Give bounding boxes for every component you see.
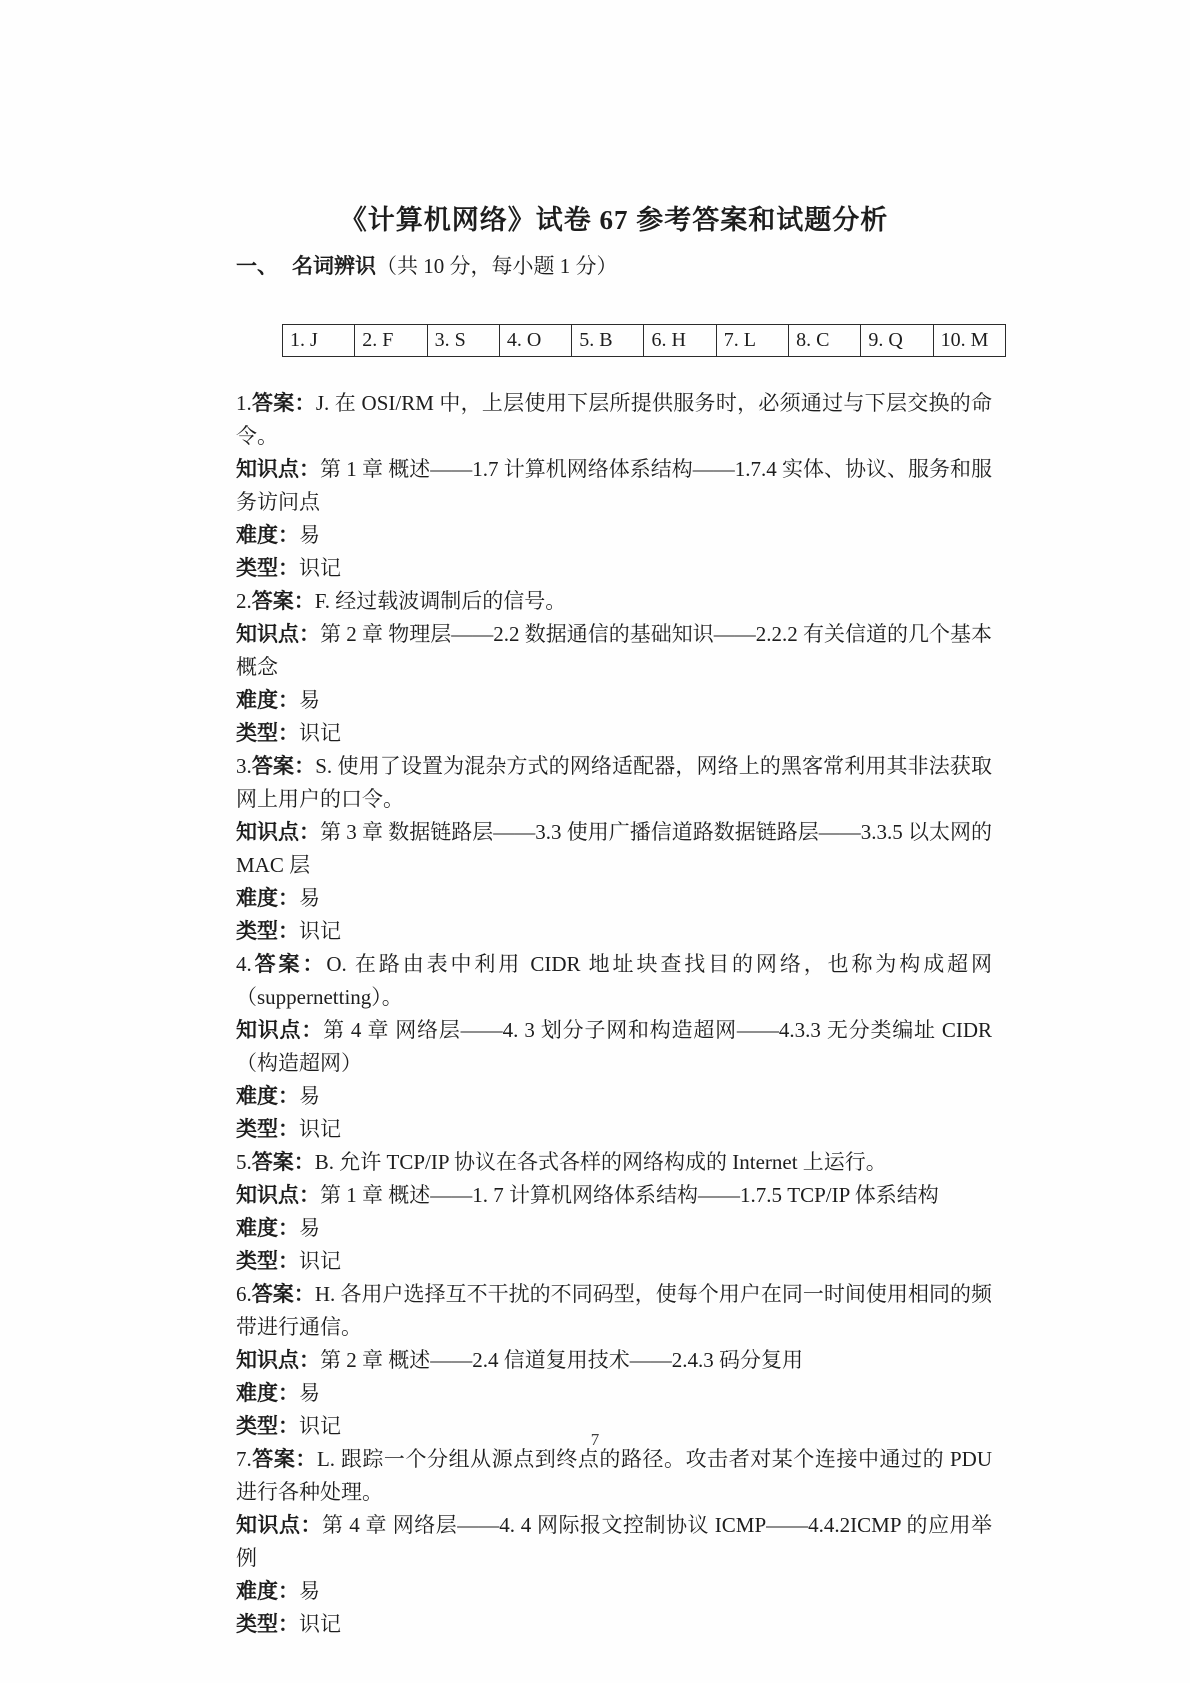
knowledge-text: 第 1 章 概述——1.7 计算机网络体系结构——1.7.4 实体、协议、服务和… <box>236 457 992 514</box>
type-label: 类型： <box>236 1612 299 1636</box>
answer-text: H. 各用户选择互不干扰的不同码型，使每个用户在同一时间使用相同的频带进行通信。 <box>236 1282 992 1339</box>
entry-number: 6. <box>236 1282 252 1306</box>
difficulty-value: 易 <box>299 688 320 712</box>
difficulty-value: 易 <box>299 886 320 910</box>
answer-label: 答案： <box>252 952 327 976</box>
entry-2: 2.答案：F. 经过载波调制后的信号。 知识点：第 2 章 物理层——2.2 数… <box>236 585 992 750</box>
knowledge-label: 知识点： <box>236 1018 323 1042</box>
entry-number: 2. <box>236 589 252 613</box>
answer-table: 1. J 2. F 3. S 4. O 5. B 6. H 7. L 8. C … <box>282 324 1006 357</box>
answer-line: 4.答案：O. 在路由表中利用 CIDR 地址块查找目的网络，也称为构成超网（s… <box>236 948 992 1014</box>
difficulty-line: 难度：易 <box>236 1575 992 1608</box>
knowledge-text: 第 1 章 概述——1. 7 计算机网络体系结构——1.7.5 TCP/IP 体… <box>320 1183 939 1207</box>
difficulty-line: 难度：易 <box>236 1377 992 1410</box>
entry-number: 4. <box>236 952 252 976</box>
difficulty-label: 难度： <box>236 1084 299 1108</box>
difficulty-value: 易 <box>299 1381 320 1405</box>
document-content: 《计算机网络》试卷 67 参考答案和试题分析 一、名词辨识（共 10 分，每小题… <box>236 198 992 1641</box>
difficulty-label: 难度： <box>236 1381 299 1405</box>
type-value: 识记 <box>299 1117 341 1141</box>
page-number: 7 <box>0 1430 1190 1450</box>
difficulty-line: 难度：易 <box>236 519 992 552</box>
knowledge-line: 知识点：第 4 章 网络层——4. 3 划分子网和构造超网——4.3.3 无分类… <box>236 1014 992 1080</box>
difficulty-value: 易 <box>299 523 320 547</box>
answer-label: 答案： <box>252 391 316 415</box>
knowledge-label: 知识点： <box>236 1183 320 1207</box>
knowledge-line: 知识点：第 1 章 概述——1.7 计算机网络体系结构——1.7.4 实体、协议… <box>236 453 992 519</box>
difficulty-value: 易 <box>299 1216 320 1240</box>
answer-text: O. 在路由表中利用 CIDR 地址块查找目的网络，也称为构成超网（supper… <box>236 952 992 1009</box>
type-label: 类型： <box>236 919 299 943</box>
difficulty-label: 难度： <box>236 688 299 712</box>
knowledge-text: 第 4 章 网络层——4. 4 网际报文控制协议 ICMP——4.4.2ICMP… <box>236 1513 992 1570</box>
type-label: 类型： <box>236 1249 299 1273</box>
answer-cell-8: 8. C <box>789 325 861 357</box>
answer-line: 1.答案：J. 在 OSI/RM 中，上层使用下层所提供服务时，必须通过与下层交… <box>236 387 992 453</box>
difficulty-line: 难度：易 <box>236 882 992 915</box>
type-line: 类型：识记 <box>236 552 992 585</box>
difficulty-line: 难度：易 <box>236 1080 992 1113</box>
difficulty-line: 难度：易 <box>236 1212 992 1245</box>
answer-line: 5.答案：B. 允许 TCP/IP 协议在各式各样的网络构成的 Internet… <box>236 1146 992 1179</box>
answer-text: S. 使用了设置为混杂方式的网络适配器，网络上的黑客常利用其非法获取网上用户的口… <box>236 754 992 811</box>
answer-table-row: 1. J 2. F 3. S 4. O 5. B 6. H 7. L 8. C … <box>283 325 1006 357</box>
entry-3: 3.答案：S. 使用了设置为混杂方式的网络适配器，网络上的黑客常利用其非法获取网… <box>236 750 992 948</box>
answer-label: 答案： <box>252 1150 315 1174</box>
type-label: 类型： <box>236 721 299 745</box>
entry-4: 4.答案：O. 在路由表中利用 CIDR 地址块查找目的网络，也称为构成超网（s… <box>236 948 992 1146</box>
knowledge-line: 知识点：第 2 章 物理层——2.2 数据通信的基础知识——2.2.2 有关信道… <box>236 618 992 684</box>
section-heading: 一、名词辨识（共 10 分，每小题 1 分） <box>236 252 992 280</box>
knowledge-text: 第 3 章 数据链路层——3.3 使用广播信道路数据链路层——3.3.5 以太网… <box>236 820 992 877</box>
section-note: （共 10 分，每小题 1 分） <box>376 254 618 278</box>
difficulty-label: 难度： <box>236 523 299 547</box>
answer-line: 2.答案：F. 经过载波调制后的信号。 <box>236 585 992 618</box>
knowledge-text: 第 4 章 网络层——4. 3 划分子网和构造超网——4.3.3 无分类编址 C… <box>236 1018 992 1075</box>
knowledge-label: 知识点： <box>236 1348 320 1372</box>
type-value: 识记 <box>299 556 341 580</box>
answer-label: 答案： <box>252 1282 315 1306</box>
difficulty-label: 难度： <box>236 1216 299 1240</box>
section-title: 名词辨识 <box>292 254 376 278</box>
difficulty-label: 难度： <box>236 1579 299 1603</box>
entry-6: 6.答案：H. 各用户选择互不干扰的不同码型，使每个用户在同一时间使用相同的频带… <box>236 1278 992 1443</box>
type-line: 类型：识记 <box>236 1113 992 1146</box>
answer-cell-2: 2. F <box>355 325 427 357</box>
answer-cell-9: 9. Q <box>861 325 933 357</box>
type-value: 识记 <box>299 919 341 943</box>
answer-text: J. 在 OSI/RM 中，上层使用下层所提供服务时，必须通过与下层交换的命令。 <box>236 391 992 448</box>
type-label: 类型： <box>236 556 299 580</box>
answer-cell-3: 3. S <box>427 325 499 357</box>
knowledge-label: 知识点： <box>236 457 320 481</box>
knowledge-line: 知识点：第 3 章 数据链路层——3.3 使用广播信道路数据链路层——3.3.5… <box>236 816 992 882</box>
answer-line: 7.答案：L. 跟踪一个分组从源点到终点的路径。攻击者对某个连接中通过的 PDU… <box>236 1443 992 1509</box>
difficulty-value: 易 <box>299 1579 320 1603</box>
type-line: 类型：识记 <box>236 717 992 750</box>
difficulty-line: 难度：易 <box>236 684 992 717</box>
type-value: 识记 <box>299 1612 341 1636</box>
answer-label: 答案： <box>252 1447 317 1471</box>
type-line: 类型：识记 <box>236 915 992 948</box>
knowledge-text: 第 2 章 物理层——2.2 数据通信的基础知识——2.2.2 有关信道的几个基… <box>236 622 992 679</box>
difficulty-label: 难度： <box>236 886 299 910</box>
answer-text: F. 经过载波调制后的信号。 <box>315 589 567 613</box>
answer-label: 答案： <box>252 589 315 613</box>
knowledge-label: 知识点： <box>236 1513 322 1537</box>
answer-cell-4: 4. O <box>499 325 571 357</box>
answer-cell-1: 1. J <box>283 325 355 357</box>
knowledge-label: 知识点： <box>236 622 320 646</box>
type-value: 识记 <box>299 721 341 745</box>
answer-line: 6.答案：H. 各用户选择互不干扰的不同码型，使每个用户在同一时间使用相同的频带… <box>236 1278 992 1344</box>
entry-1: 1.答案：J. 在 OSI/RM 中，上层使用下层所提供服务时，必须通过与下层交… <box>236 387 992 585</box>
document-page: 《计算机网络》试卷 67 参考答案和试题分析 一、名词辨识（共 10 分，每小题… <box>0 0 1190 1683</box>
document-title: 《计算机网络》试卷 67 参考答案和试题分析 <box>236 198 992 237</box>
type-label: 类型： <box>236 1117 299 1141</box>
answer-cell-6: 6. H <box>644 325 716 357</box>
knowledge-text: 第 2 章 概述——2.4 信道复用技术——2.4.3 码分复用 <box>320 1348 803 1372</box>
type-value: 识记 <box>299 1249 341 1273</box>
entry-number: 5. <box>236 1150 252 1174</box>
answer-cell-10: 10. M <box>933 325 1005 357</box>
answer-explanations: 1.答案：J. 在 OSI/RM 中，上层使用下层所提供服务时，必须通过与下层交… <box>236 387 992 1641</box>
entry-number: 3. <box>236 754 252 778</box>
answer-line: 3.答案：S. 使用了设置为混杂方式的网络适配器，网络上的黑客常利用其非法获取网… <box>236 750 992 816</box>
answer-cell-7: 7. L <box>716 325 788 357</box>
answer-text: B. 允许 TCP/IP 协议在各式各样的网络构成的 Internet 上运行。 <box>315 1150 887 1174</box>
answer-text: L. 跟踪一个分组从源点到终点的路径。攻击者对某个连接中通过的 PDU 进行各种… <box>236 1447 992 1504</box>
entry-5: 5.答案：B. 允许 TCP/IP 协议在各式各样的网络构成的 Internet… <box>236 1146 992 1278</box>
difficulty-value: 易 <box>299 1084 320 1108</box>
knowledge-line: 知识点：第 1 章 概述——1. 7 计算机网络体系结构——1.7.5 TCP/… <box>236 1179 992 1212</box>
knowledge-label: 知识点： <box>236 820 320 844</box>
type-line: 类型：识记 <box>236 1245 992 1278</box>
knowledge-line: 知识点：第 2 章 概述——2.4 信道复用技术——2.4.3 码分复用 <box>236 1344 992 1377</box>
answer-cell-5: 5. B <box>572 325 644 357</box>
answer-label: 答案： <box>252 754 315 778</box>
type-line: 类型：识记 <box>236 1608 992 1641</box>
entry-number: 7. <box>236 1447 252 1471</box>
entry-number: 1. <box>236 391 252 415</box>
entry-7: 7.答案：L. 跟踪一个分组从源点到终点的路径。攻击者对某个连接中通过的 PDU… <box>236 1443 992 1641</box>
section-number: 一、 <box>236 254 278 278</box>
knowledge-line: 知识点：第 4 章 网络层——4. 4 网际报文控制协议 ICMP——4.4.2… <box>236 1509 992 1575</box>
